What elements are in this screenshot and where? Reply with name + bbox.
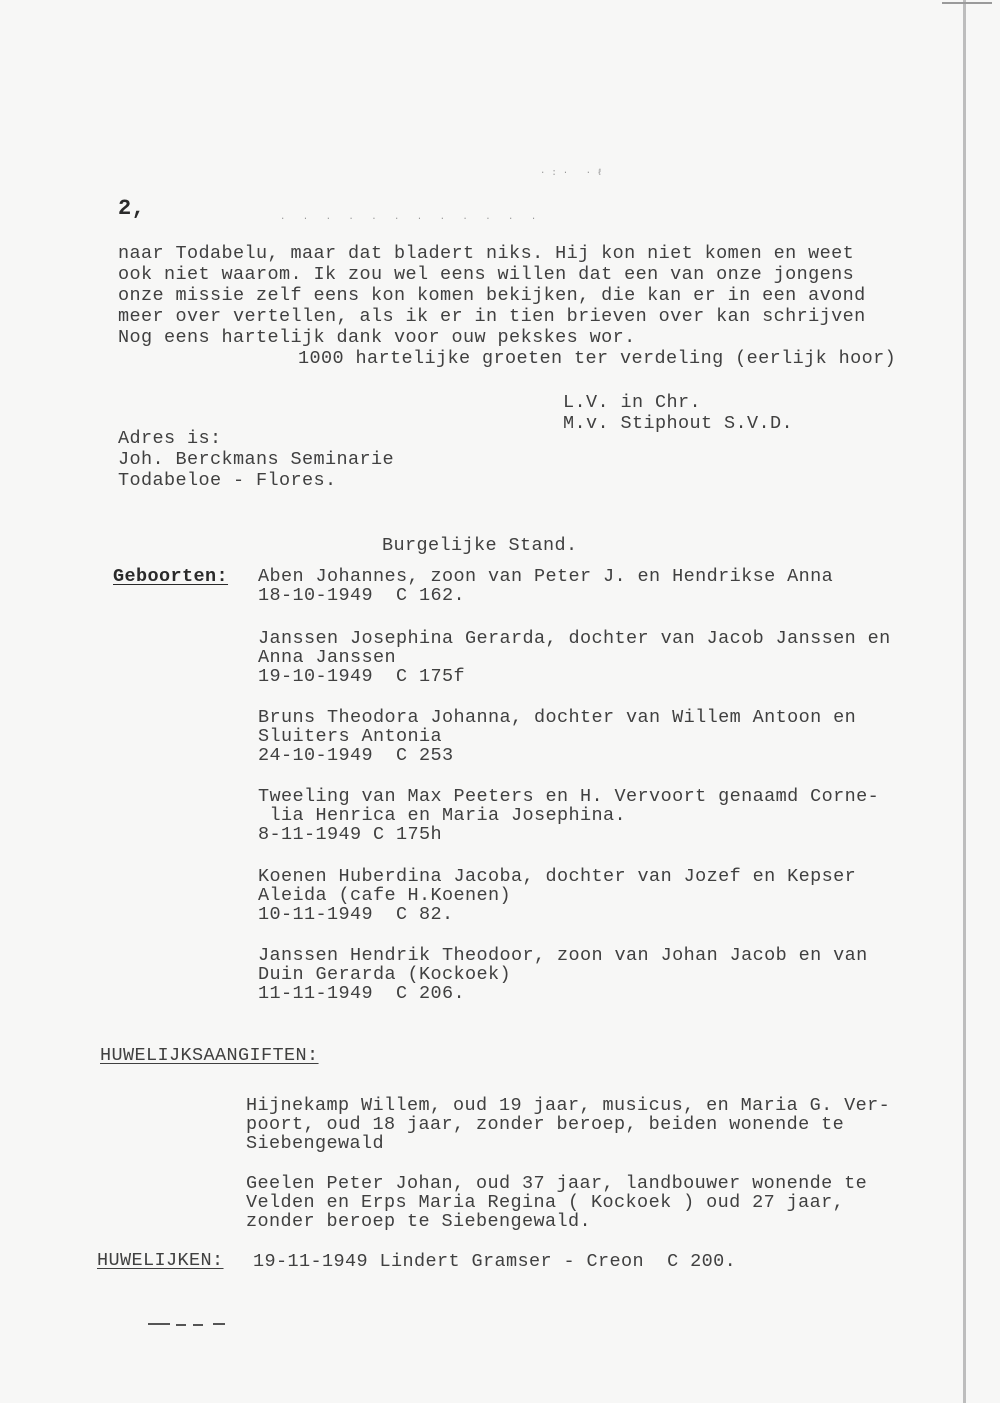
birth-entry-line: Bruns Theodora Johanna, dochter van Will… bbox=[258, 707, 856, 728]
birth-entry-date: 24-10-1949 C 253 bbox=[258, 745, 454, 766]
signature-line: M.v. Stiphout S.V.D. bbox=[563, 413, 793, 434]
letter-line: onze missie zelf eens kon komen bekijken… bbox=[118, 285, 866, 306]
letter-line: ook niet waarom. Ik zou wel eens willen … bbox=[118, 264, 854, 285]
signature-line: L.V. in Chr. bbox=[563, 392, 701, 413]
birth-entry-date: 18-10-1949 C 162. bbox=[258, 585, 465, 606]
announcement-entry-line: zonder beroep te Siebengewald. bbox=[246, 1211, 591, 1232]
birth-entry-line: Aleida (cafe H.Koenen) bbox=[258, 885, 511, 906]
address-line: Joh. Berckmans Seminarie bbox=[118, 449, 394, 470]
birth-entry-date: 19-10-1949 C 175f bbox=[258, 666, 465, 687]
ink-specks: · · · · · · · · · · · · bbox=[280, 214, 542, 224]
address-line: Todabeloe - Flores. bbox=[118, 470, 337, 491]
birth-entry-line: Koenen Huberdina Jacoba, dochter van Joz… bbox=[258, 866, 856, 887]
marriage-entry: 19-11-1949 Lindert Gramser - Creon C 200… bbox=[253, 1251, 736, 1272]
announcement-entry-line: Siebengewald bbox=[246, 1133, 384, 1154]
page-edge-line bbox=[963, 0, 966, 1403]
letter-greeting: 1000 hartelijke groeten ter verdeling (e… bbox=[298, 348, 896, 369]
birth-entry-line: Janssen Hendrik Theodoor, zoon van Johan… bbox=[258, 945, 868, 966]
closing-dash bbox=[148, 1323, 170, 1325]
birth-entry-line: Anna Janssen bbox=[258, 647, 396, 668]
closing-dash bbox=[176, 1324, 186, 1326]
letter-line: naar Todabelu, maar dat bladert niks. Hi… bbox=[118, 243, 854, 264]
birth-entry-date: 8-11-1949 C 175h bbox=[258, 824, 442, 845]
letter-line: meer over vertellen, als ik er in tien b… bbox=[118, 306, 866, 327]
announcement-entry-line: Hijnekamp Willem, oud 19 jaar, musicus, … bbox=[246, 1095, 890, 1116]
page-number: 2, bbox=[118, 198, 145, 219]
birth-entry-line: Sluiters Antonia bbox=[258, 726, 442, 747]
births-label: Geboorten: bbox=[113, 566, 228, 587]
birth-entry-line: lia Henrica en Maria Josephina. bbox=[258, 805, 626, 826]
announcements-label: HUWELIJKSAANGIFTEN: bbox=[100, 1045, 319, 1066]
closing-dash bbox=[213, 1323, 225, 1325]
ink-specks: ·:· ·ℓ bbox=[540, 168, 608, 178]
birth-entry-date: 10-11-1949 C 82. bbox=[258, 904, 454, 925]
letter-line: Nog eens hartelijk dank voor ouw pekskes… bbox=[118, 327, 636, 348]
closing-dash bbox=[193, 1324, 203, 1326]
announcement-entry-line: Geelen Peter Johan, oud 37 jaar, landbou… bbox=[246, 1173, 867, 1194]
announcement-entry-line: poort, oud 18 jaar, zonder beroep, beide… bbox=[246, 1114, 844, 1135]
marriages-label: HUWELIJKEN: bbox=[97, 1250, 224, 1271]
birth-entry-date: 11-11-1949 C 206. bbox=[258, 983, 465, 1004]
address-label: Adres is: bbox=[118, 428, 222, 449]
birth-entry-line: Aben Johannes, zoon van Peter J. en Hend… bbox=[258, 566, 833, 587]
birth-entry-line: Tweeling van Max Peeters en H. Vervoort … bbox=[258, 786, 879, 807]
birth-entry-line: Janssen Josephina Gerarda, dochter van J… bbox=[258, 628, 891, 649]
registry-title: Burgelijke Stand. bbox=[382, 535, 578, 556]
birth-entry-line: Duin Gerarda (Kockoek) bbox=[258, 964, 511, 985]
page-edge-top-line bbox=[942, 2, 992, 4]
announcement-entry-line: Velden en Erps Maria Regina ( Kockoek ) … bbox=[246, 1192, 844, 1213]
